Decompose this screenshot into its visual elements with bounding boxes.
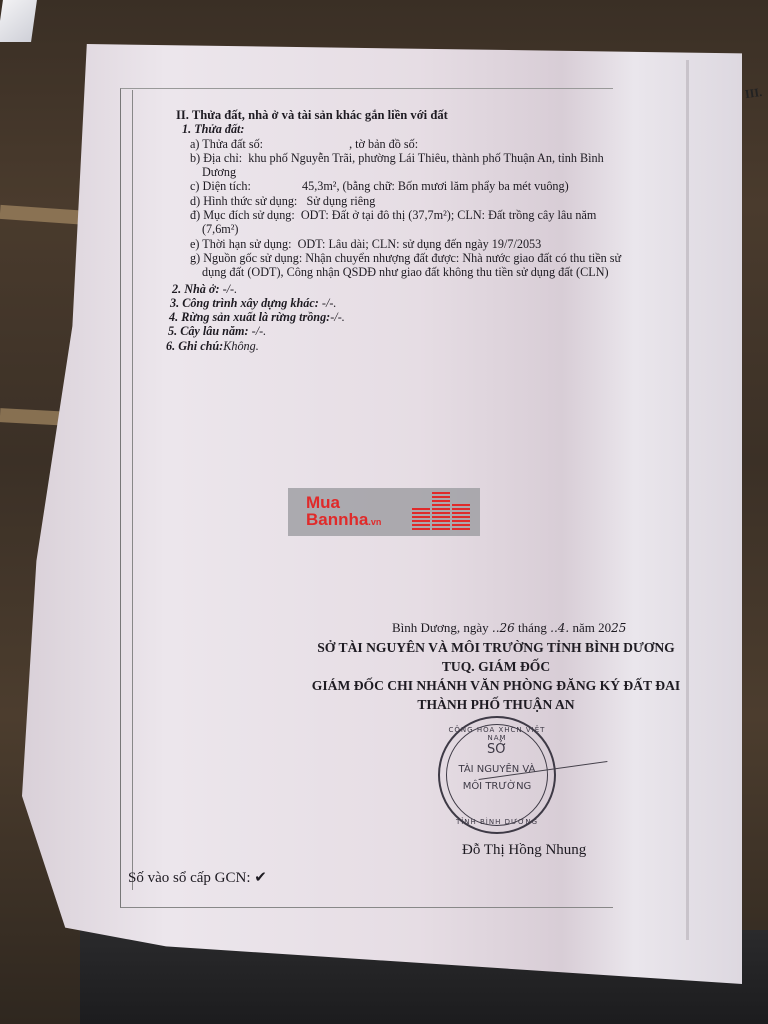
page-border-inner <box>132 90 134 890</box>
notes-item: 6. Ghi chú:Không. <box>166 339 670 353</box>
land-address-cont: Dương <box>202 165 670 179</box>
house-item: 2. Nhà ở: -/-. <box>172 282 670 296</box>
land-origin-cont: dụng đất (ODT), Công nhận QSDĐ như giao … <box>202 265 670 279</box>
book-corner <box>0 0 37 42</box>
signer-title-line1: GIÁM ĐỐC CHI NHÁNH VĂN PHÒNG ĐĂNG KÝ ĐẤT… <box>286 676 706 695</box>
issue-date: Bình Dương, ngày ..26 tháng ..4. năm 202… <box>392 618 706 638</box>
wood-plank-edge <box>0 205 90 225</box>
building-icon <box>412 508 430 532</box>
land-address: b) Địa chỉ: khu phố Nguyễn Trãi, phường … <box>190 151 670 165</box>
signature-block: Bình Dương, ngày ..26 tháng ..4. năm 202… <box>286 618 706 714</box>
next-section-heading: III. <box>744 85 763 102</box>
land-usage-purpose-cont: (7,6m²) <box>202 222 670 236</box>
checkmark-icon: ✔ <box>254 870 267 886</box>
signer-title-line2: THÀNH PHỐ THUẬN AN <box>286 695 706 714</box>
other-construction-item: 3. Công trình xây dựng khác: -/-. <box>170 296 670 310</box>
official-seal-icon: CỘNG HÒA XHCN VIỆT NAM SỞ TÀI NGUYÊN VÀ … <box>438 716 556 834</box>
registry-number: Số vào sổ cấp GCN: ✔ <box>128 868 267 887</box>
building-icon <box>432 492 450 532</box>
watermark-logo: Mua Bannha.vn <box>288 488 480 536</box>
land-area: c) Diện tích:45,3m², (bằng chữ: Bốn mươi… <box>190 179 670 193</box>
signer-name: Đỗ Thị Hồng Nhung <box>462 842 586 859</box>
land-details: II. Thửa đất, nhà ở và tài sản khác gắn … <box>150 108 670 353</box>
building-icon <box>452 504 470 532</box>
other-assets-list: 2. Nhà ở: -/-. 3. Công trình xây dựng kh… <box>150 282 670 353</box>
land-parcel-number: a) Thửa đất số:, tờ bản đồ số: <box>190 137 670 151</box>
land-heading: 1. Thửa đất: <box>182 122 670 136</box>
land-usage-form: d) Hình thức sử dụng: Sử dụng riêng <box>190 194 670 208</box>
land-usage-purpose: đ) Mục đích sử dụng: ODT: Đất ở tại đô t… <box>190 208 670 222</box>
issuing-authority: SỞ TÀI NGUYÊN VÀ MÔI TRƯỜNG TỈNH BÌNH DƯ… <box>286 638 706 657</box>
paper-fold <box>686 60 689 940</box>
production-forest-item: 4. Rừng sản xuất là rừng trồng:-/-. <box>169 310 670 324</box>
perennial-trees-item: 5. Cây lâu năm: -/-. <box>168 324 670 338</box>
section-title: II. Thửa đất, nhà ở và tài sản khác gắn … <box>176 108 670 122</box>
watermark-text: Mua Bannha.vn <box>306 494 381 531</box>
land-usage-term: e) Thời hạn sử dụng: ODT: Lâu dài; CLN: … <box>190 237 670 251</box>
land-origin: g) Nguồn gốc sử dụng: Nhận chuyển nhượng… <box>190 251 670 265</box>
on-behalf-line: TUQ. GIÁM ĐỐC <box>286 657 706 676</box>
